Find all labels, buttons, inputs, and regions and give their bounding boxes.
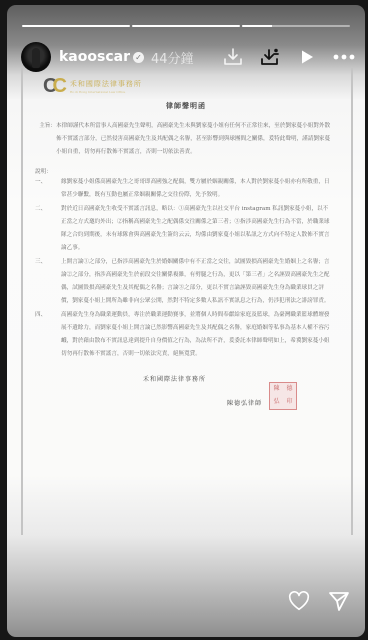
progress-segment-3 [242,25,350,27]
item-number: 四、 [31,309,61,361]
like-heart-icon[interactable] [288,590,310,612]
seal-char: 陳 [270,383,283,396]
explain-item-1: 一、 緣劉家蔓小姐係高國豪先生之哥哥即高國強之配偶，雙方屬於姻親關係，本人對於劉… [31,176,341,202]
verified-badge-icon: ✓ [133,52,144,63]
document-title: 律師聲明函 [31,101,341,111]
seal-char: 弘 [270,396,283,409]
explain-item-3: 三、 上開言論①之部分，已指涉高國豪先生於婚姻關係中有不正當之交往，試圖毀損高國… [31,256,341,308]
story-viewer[interactable]: kaooscar ✓ 44分鐘 CC [7,5,365,637]
red-seal-stamp-icon: 陳 德 弘 印 [269,382,297,410]
item-text: 緣劉家蔓小姐係高國豪先生之哥哥即高國強之配偶，雙方屬於姻親關係，本人對於劉家蔓小… [61,176,341,202]
more-options-icon[interactable] [333,46,355,68]
story-header: kaooscar ✓ 44分鐘 [21,40,355,74]
story-footer-actions [288,590,350,612]
avatar[interactable] [21,42,51,72]
legal-letter-document: CC 禾和國際法律事務所 Ho & Hong International Law… [31,73,341,426]
item-number: 二、 [31,203,61,255]
signature-lawyer: 陳德弘律師 [227,398,262,407]
story-progress-bars [22,25,350,27]
username[interactable]: kaooscar [59,49,130,65]
explain-item-2: 二、 對於近日高國豪先生收受不實謠言訊息，略以：①高國豪先生以社交平台 inst… [31,203,341,255]
seal-char: 德 [283,383,296,396]
save-to-device-icon[interactable] [259,46,281,68]
progress-segment-1 [22,25,130,27]
paper-edge-left [21,68,23,535]
signature-block: 禾和國際法律事務所 陳德弘律師 陳 德 弘 印 [31,366,341,426]
item-number: 三、 [31,256,61,308]
download-icon[interactable] [222,46,244,68]
seal-char: 印 [283,396,296,409]
signature-firm: 禾和國際法律事務所 [143,374,206,383]
header-actions [222,46,355,68]
explain-item-4: 四、 高國豪先生身為職業運動員，專注於職業運動賽事，並將個人時間奉獻給家庭及籃球… [31,309,341,361]
play-icon[interactable] [296,46,318,68]
timestamp: 44分鐘 [151,48,194,67]
subject-text: 本律師謹代本所當事人高國豪先生聲明，高國豪先生未與劉家蔓小姐有任何不正常往來，至… [56,120,341,159]
explain-label: 說明： [35,167,341,175]
subject-label: 主旨： [31,120,56,159]
paper-edge-right [351,68,353,535]
progress-segment-2 [132,25,240,27]
item-number: 一、 [31,176,61,202]
law-firm-logo: CC 禾和國際法律事務所 Ho & Hong International Law… [43,75,341,98]
logo-firm-name: 禾和國際法律事務所 [70,79,142,89]
subject-paragraph: 主旨： 本律師謹代本所當事人高國豪先生聲明，高國豪先生未與劉家蔓小姐有任何不正常… [31,120,341,159]
item-text: 對於近日高國豪先生收受不實謠言訊息，略以：①高國豪先生以社交平台 instagr… [61,203,341,255]
item-text: 上開言論①之部分，已指涉高國豪先生於婚姻關係中有不正當之交往，試圖毀損高國豪先生… [61,256,341,308]
share-send-icon[interactable] [328,590,350,612]
item-text: 高國豪先生身為職業運動員，專注於職業運動賽事，並將個人時間奉獻給家庭及籃球，為臺… [61,309,341,361]
logo-mark-icon: CC [43,75,62,98]
logo-firm-name-en: Ho & Hong International Law Office [70,90,142,94]
